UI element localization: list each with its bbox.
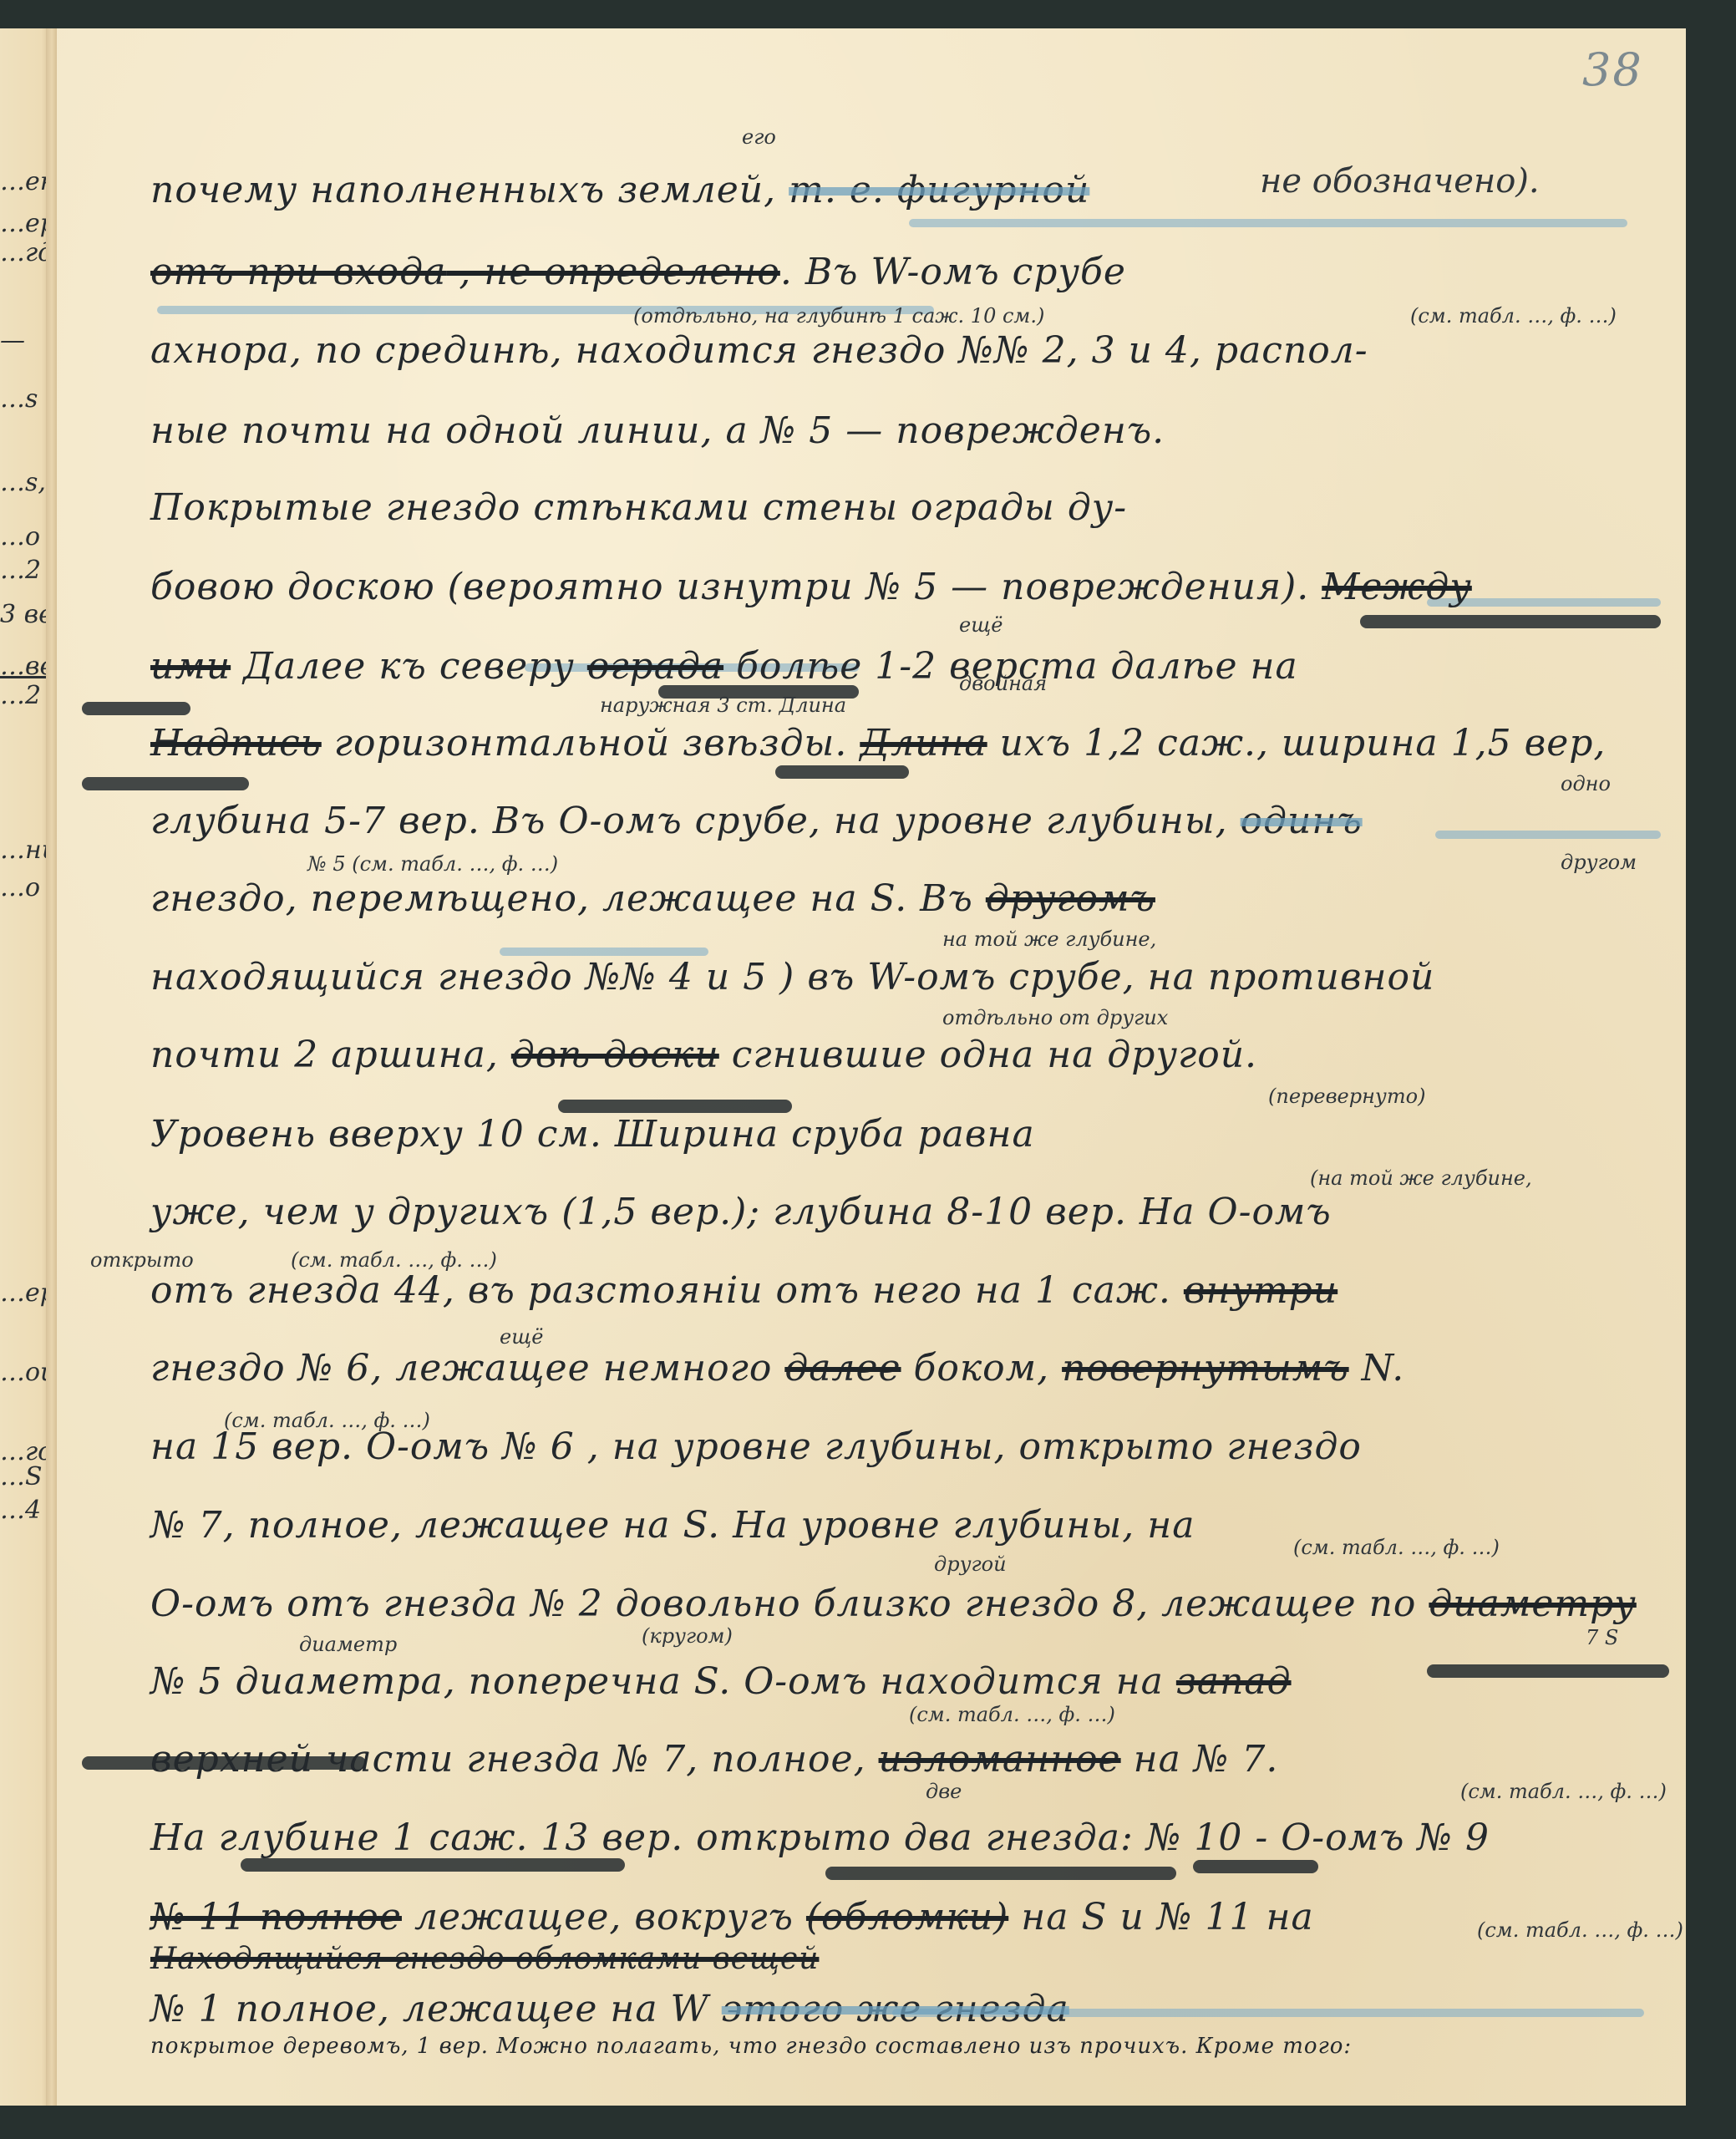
margin-fragment: — (0, 326, 25, 355)
interlinear-insertion: (см. табл. …, ф. …) (1477, 1918, 1683, 1942)
folio-number: 38 (1582, 43, 1643, 96)
manuscript-line: уже, чем у другихъ (1,5 вер.); глубина 8… (150, 1191, 1652, 1233)
line-text: Далее къ северу (231, 645, 587, 688)
interlinear-insertion: не обозначено). (1260, 162, 1540, 201)
manuscript-line: верхней части гнезда № 7, полное, излома… (150, 1738, 1652, 1781)
interlinear-insertion: (см. табл. …, ф. …) (1293, 1536, 1500, 1559)
struck-text: (обломки) (806, 1896, 1008, 1938)
interlinear-insertion: его (742, 125, 776, 149)
interlinear-insertion: (см. табл. …, ф. …) (224, 1409, 430, 1432)
interlinear-insertion: (перевернуто) (1268, 1085, 1425, 1108)
manuscript-line: отъ гнезда 44, въ разстояніи отъ него на… (150, 1269, 1652, 1312)
margin-fragment: 3 вер (0, 600, 52, 629)
margin-fragment: …о (0, 873, 40, 902)
line-text: № 1 полное, лежащее на W (150, 1988, 722, 2030)
margin-fragment: …ер (0, 1278, 52, 1308)
struck-text: ими (150, 645, 231, 688)
interlinear-insertion: (кругом) (642, 1624, 733, 1648)
scan-background-bottom (0, 2106, 1736, 2139)
struck-text: № 11 полное (150, 1896, 402, 1938)
manuscript-line: отъ при входа , не определено. Въ W-омъ … (150, 251, 1652, 293)
manuscript-line: находящийся гнездо №№ 4 и 5 ) въ W-омъ с… (150, 956, 1652, 998)
interlinear-insertion: (отдѣльно, на глубинѣ 1 саж. 10 см.) (633, 304, 1044, 328)
interlinear-insertion: другом (1561, 851, 1637, 874)
struck-text: одинъ (1241, 800, 1363, 842)
struck-text: другомъ (986, 877, 1155, 920)
manuscript-line: Уровень вверху 10 см. Ширина сруба равна (150, 1113, 1652, 1156)
interlinear-insertion: одно (1561, 772, 1611, 795)
line-text: На глубине 1 саж. 13 вер. открыто два гн… (150, 1816, 1490, 1859)
ink-strikethrough (1360, 615, 1661, 628)
struck-text: т. е. фигурной (789, 169, 1089, 211)
manuscript-line: № 1 полное, лежащее на W этого же гнезда (150, 1988, 1652, 2030)
margin-fragment: …s (0, 384, 38, 414)
line-text: глубина 5-7 вер. Въ О-омъ срубе, на уров… (150, 800, 1241, 842)
interlinear-insertion: диаметр (299, 1633, 397, 1656)
line-text: Покрытые гнездо стѣнками стены ограды ду… (150, 486, 1127, 529)
book-spine-fold (46, 28, 58, 2106)
margin-fragment: …гда (0, 238, 52, 267)
interlinear-insertion: две (926, 1780, 962, 1803)
line-text: на № 7. (1121, 1738, 1279, 1781)
manuscript-line: № 11 полное лежащее, вокругъ (обломки) н… (150, 1896, 1652, 1938)
line-text: на S и № 11 на (1008, 1896, 1313, 1938)
line-text: ные почти на одной линии, а № 5 — повреж… (150, 409, 1165, 452)
margin-fragment: …нь (0, 836, 52, 865)
manuscript-line: № 5 диаметра, поперечна S. О-омъ находит… (150, 1660, 1652, 1703)
line-text: верхней части гнезда № 7, полное, (150, 1738, 879, 1781)
ink-strikethrough (82, 702, 190, 715)
line-text: лежащее, вокругъ (402, 1896, 806, 1938)
interlinear-insertion: на той же глубине, (942, 927, 1156, 951)
struck-text: диаметру (1429, 1583, 1636, 1625)
line-text: почему наполненныхъ землей, (150, 169, 789, 211)
interlinear-insertion: ещё (959, 613, 1003, 637)
manuscript-line: ими Далее къ северу ограда болѣе 1-2 вер… (150, 645, 1652, 688)
line-text: находящийся гнездо №№ 4 и 5 ) въ W-омъ с… (150, 956, 1434, 998)
ink-strikethrough (558, 1100, 792, 1113)
interlinear-insertion: № 5 (см. табл. …, ф. …) (307, 852, 558, 876)
margin-fragment: …2 (0, 556, 41, 585)
margin-fragment: …S (0, 1462, 43, 1491)
previous-page-edge: …ено …ерез) …гда — …s …s, …о …2 3 вер …в… (0, 28, 52, 2106)
manuscript-line: На глубине 1 саж. 13 вер. открыто два гн… (150, 1816, 1652, 1859)
margin-fragment: …о (0, 522, 40, 551)
line-text: № 5 диаметра, поперечна S. О-омъ находит… (150, 1660, 1176, 1703)
margin-fragment: …ено (0, 167, 52, 196)
line-text: № 7, полное, лежащее на S. На уровне глу… (150, 1504, 1195, 1547)
struck-text: Надпись (150, 722, 322, 765)
struck-text: Между (1322, 566, 1472, 608)
struck-text: двѣ доски (511, 1034, 719, 1076)
line-text: уже, чем у другихъ (1,5 вер.); глубина 8… (150, 1191, 1332, 1233)
scan-background-top (0, 0, 1736, 28)
line-text: боком, (901, 1347, 1063, 1390)
manuscript-line: Находящийся гнездо обломками вещей (150, 1942, 1652, 1976)
struck-text: Длина (860, 722, 987, 765)
line-text: отъ гнезда 44, въ разстояніи отъ него на… (150, 1269, 1184, 1312)
struck-text: ограда (587, 645, 723, 688)
struck-text: Находящийся гнездо обломками вещей (150, 1942, 819, 1976)
interlinear-insertion: 7 S (1586, 1626, 1618, 1649)
interlinear-insertion: открыто (90, 1248, 194, 1272)
interlinear-insertion: (см. табл. …, ф. …) (909, 1703, 1115, 1726)
interlinear-insertion: (на той же глубине, (1310, 1166, 1532, 1190)
margin-fragment: …ерез) (0, 209, 52, 238)
interlinear-insertion: (см. табл. …, ф. …) (1410, 304, 1617, 328)
interlinear-insertion: ещё (500, 1325, 543, 1349)
manuscript-page: 38 почему наполненныхъ землей, т. е. фиг… (57, 28, 1686, 2106)
line-text: N. (1349, 1347, 1405, 1390)
manuscript-line: О-омъ отъ гнезда № 2 довольно близко гне… (150, 1583, 1652, 1625)
ink-strikethrough (825, 1867, 1176, 1880)
line-text: бовою доскою (вероятно изнутри № 5 — пов… (150, 566, 1322, 608)
line-text: О-омъ отъ гнезда № 2 довольно близко гне… (150, 1583, 1429, 1625)
line-text: гнездо, перемѣщено, лежащее на S. Въ (150, 877, 986, 920)
manuscript-line-small: покрытое деревомъ, 1 вер. Можно полагать… (150, 2034, 1652, 2059)
struck-text: повернутымъ (1062, 1347, 1349, 1390)
manuscript-line: гнездо № 6, лежащее немного далее боком,… (150, 1347, 1652, 1390)
struck-text: запад (1176, 1660, 1292, 1703)
struck-text: внутри (1184, 1269, 1338, 1312)
margin-fragment: …2 (0, 681, 41, 710)
ink-strikethrough (82, 777, 249, 790)
interlinear-insertion: другой (934, 1552, 1007, 1576)
interlinear-insertion: (см. табл. …, ф. …) (291, 1248, 497, 1272)
interlinear-insertion: отдѣльно от других (942, 1006, 1168, 1029)
struck-text: , не определено (446, 251, 779, 293)
line-text: почти 2 аршина, (150, 1034, 511, 1076)
struck-text: далее (784, 1347, 901, 1390)
manuscript-line: Надпись горизонтальной звѣзды. Длина ихъ… (150, 722, 1652, 765)
line-text: . Въ W-омъ срубе (780, 251, 1126, 293)
manuscript-line: Покрытые гнездо стѣнками стены ограды ду… (150, 486, 1652, 529)
ink-strikethrough (241, 1858, 625, 1872)
blue-pencil-strike (909, 219, 1627, 227)
manuscript-line: ные почти на одной линии, а № 5 — повреж… (150, 409, 1652, 452)
manuscript-line: гнездо, перемѣщено, лежащее на S. Въ дру… (150, 877, 1652, 920)
struck-text: отъ при входа (150, 251, 446, 293)
ink-strikethrough (775, 765, 909, 779)
manuscript-line: почти 2 аршина, двѣ доски сгнившие одна … (150, 1034, 1652, 1076)
struck-text: изломанное (879, 1738, 1121, 1781)
line-text: Уровень вверху 10 см. Ширина сруба равна (150, 1113, 1035, 1156)
interlinear-insertion: наружная 3 ст. Длина (600, 694, 846, 717)
manuscript-line: ахнора, по срединѣ, находится гнездо №№ … (150, 329, 1652, 372)
margin-fragment: …везд (0, 652, 52, 681)
line-text: горизонтальной звѣзды. (322, 722, 860, 765)
interlinear-insertion: двойная (959, 672, 1047, 695)
struck-text: этого же гнезда (722, 1988, 1069, 2030)
margin-fragment: …s, (0, 468, 46, 497)
line-text: гнездо № 6, лежащее немного (150, 1347, 784, 1390)
ink-strikethrough (1193, 1860, 1318, 1873)
line-text: ихъ 1,2 саж., ширина 1,5 вер, (987, 722, 1607, 765)
margin-fragment: …ой (0, 1358, 52, 1387)
interlinear-insertion: (см. табл. …, ф. …) (1460, 1780, 1667, 1803)
line-text: ахнора, по срединѣ, находится гнездо №№ … (150, 329, 1368, 372)
margin-fragment: …4 вер. (0, 1496, 52, 1525)
blue-pencil-strike (500, 948, 708, 956)
scan-background-right (1686, 0, 1736, 2139)
line-text: сгнившие одна на другой. (719, 1034, 1257, 1076)
manuscript-line: глубина 5-7 вер. Въ О-омъ срубе, на уров… (150, 800, 1652, 842)
manuscript-line: бовою доскою (вероятно изнутри № 5 — пов… (150, 566, 1652, 608)
line-text: покрытое деревомъ, 1 вер. Можно полагать… (150, 2034, 1352, 2059)
